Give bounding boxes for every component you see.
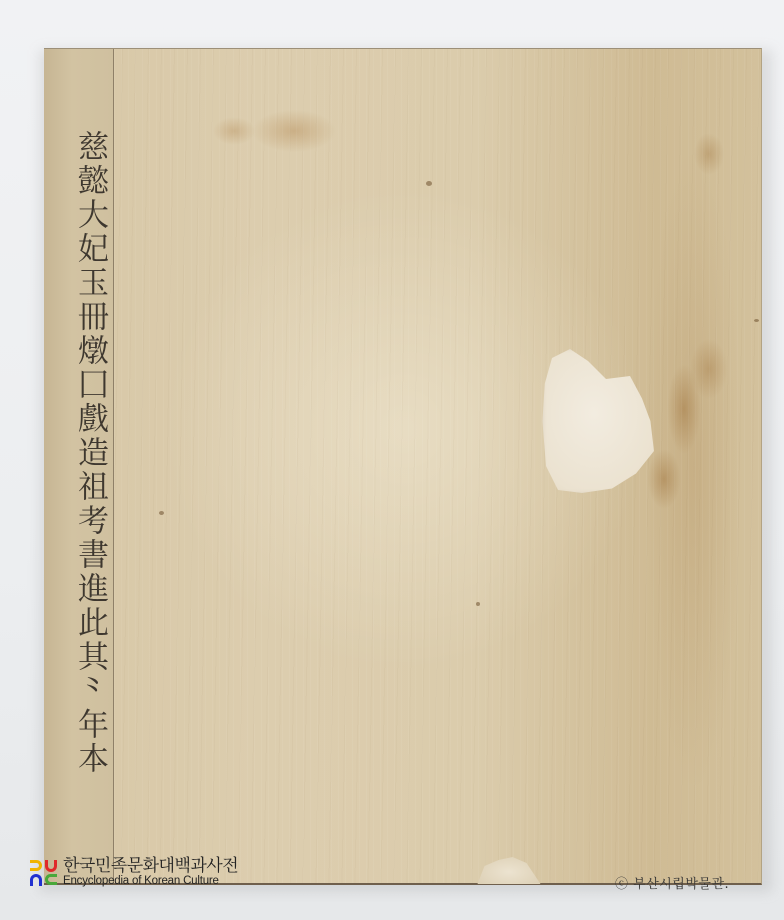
torn-paper-patch [540, 346, 660, 496]
title-label-strip: 慈懿大妃玉冊燉囗戲造祖考書進此其⺀年本 [44, 49, 114, 883]
handwritten-title: 慈懿大妃玉冊燉囗戲造祖考書進此其⺀年本 [50, 73, 108, 833]
copyright-credit: ⓒ 부산시립박물관. [615, 873, 729, 892]
encyclopedia-logo-icon [29, 858, 59, 888]
watermark-title-english: Encyclopedia of Korean Culture [63, 876, 238, 888]
stain-spot [754, 319, 759, 322]
stain-spot [476, 602, 480, 606]
stain-spot [426, 181, 432, 186]
stain-spot [159, 511, 164, 515]
watermark-title-korean: 한국민족문화대백과사전 [63, 858, 238, 875]
bottom-edge-tear [474, 854, 544, 884]
encyclopedia-watermark: 한국민족문화대백과사전 Encyclopedia of Korean Cultu… [29, 858, 238, 888]
book-cover: 慈懿大妃玉冊燉囗戲造祖考書進此其⺀年本 [44, 48, 762, 885]
paper-texture [44, 49, 761, 883]
